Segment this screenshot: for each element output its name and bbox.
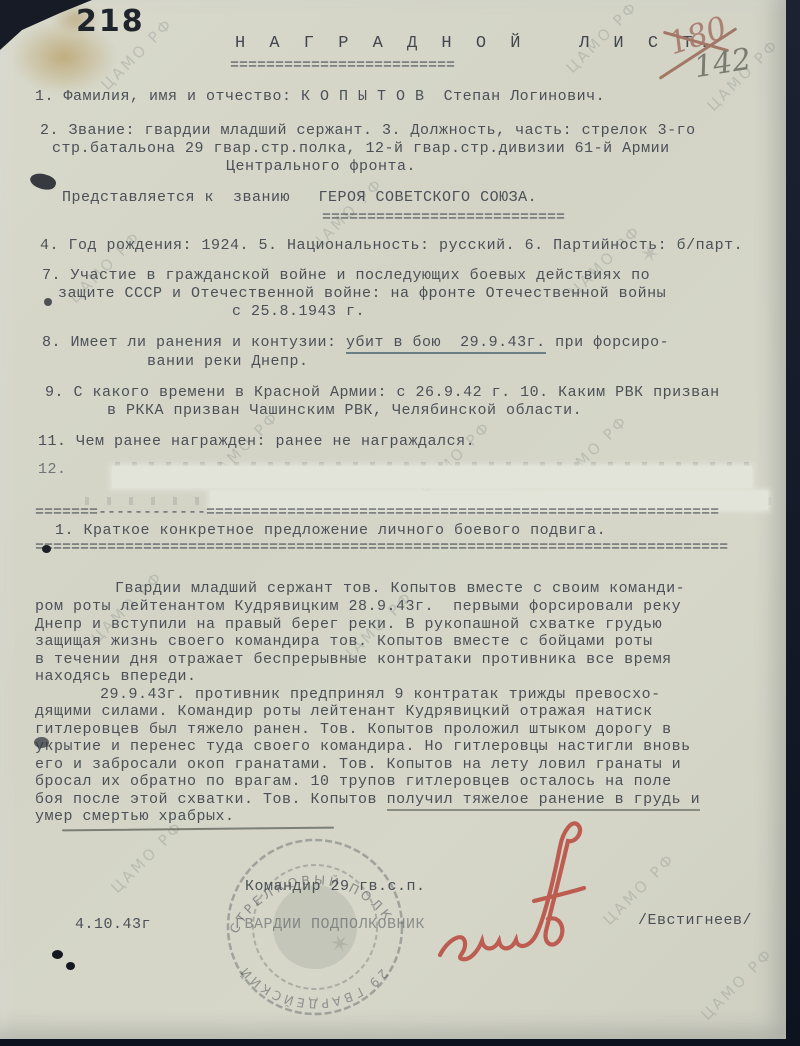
field-wounds-label: 8. Имеет ли ранения и контузии: <box>42 334 346 351</box>
field-home-address: 12. <box>38 461 67 479</box>
commander-name: /Евстигнеев/ <box>638 912 752 930</box>
field-previous-awards: 11. Чем ранее награжден: ранее не награж… <box>38 433 475 451</box>
feat-paragraph-line: гитлеровцев был тяжело ранен. Тов. Копыт… <box>35 721 672 739</box>
page-number-stamp: 218 <box>76 4 145 39</box>
field-drafted-by: в РККА призван Чашинским РВК, Челябинско… <box>107 402 582 420</box>
feat-paragraph-line: умер смертью храбрых. <box>35 808 235 826</box>
ink-speck <box>34 737 49 748</box>
feat-paragraph-line: Днепр и вступили на правый берег реки. В… <box>35 616 662 634</box>
paper-sheet: ЦАМО РФ ЦАМО РФ ЦАМО РФ ЦАМО РФ ЦАМО РФ … <box>0 0 786 1039</box>
redaction-box <box>112 466 752 488</box>
feat-paragraph-line: находясь впереди. <box>35 668 197 686</box>
field-wounds-tail: при форсиро- <box>546 334 670 351</box>
watermark: ЦАМО РФ <box>697 944 776 1023</box>
ink-speck <box>52 950 63 959</box>
feat-paragraph-line: защищая жизнь своего командира тов. Копы… <box>35 633 653 651</box>
field-rank-unit: Центрального фронта. <box>226 158 416 176</box>
feat-paragraph-line: Гвардии младший сержант тов. Копытов вме… <box>115 580 685 598</box>
killed-in-action-underlined: убит в бою 29.9.43г. <box>346 334 546 354</box>
feat-paragraph-line: боя после этой схватки. Тов. Копытов <box>35 791 387 808</box>
date-line: 4.10.43г <box>75 916 151 934</box>
field-rank-unit: стр.батальона 29 гвар.стр.полка, 12-й гв… <box>52 140 670 158</box>
feat-section-heading: 1. Краткое конкретное предложение личног… <box>55 522 606 540</box>
stamp-bottom-text: 29 ГВАРДЕЙСКИЙ <box>236 963 391 1012</box>
feat-paragraph-line: бросал их обратно по врагам. 10 трупов г… <box>35 773 672 791</box>
field-wounds: 8. Имеет ли ранения и контузии: убит в б… <box>42 334 669 352</box>
ink-speck <box>42 545 51 553</box>
feat-paragraph-line: дящими силами. Командир роты лейтенант К… <box>35 703 653 721</box>
feat-paragraph-line: его и забросали окоп гранатами. Тов. Коп… <box>35 756 681 774</box>
feat-paragraph-line: в течении дня отражает беспрерывные конт… <box>35 651 672 669</box>
field-rank-unit: 2. Звание: гвардии младший сержант. 3. Д… <box>40 122 696 140</box>
title-underline: ========================= <box>230 57 455 74</box>
feat-paragraph-line: 29.9.43г. противник предпринял 9 контрат… <box>100 686 661 704</box>
rank-line: ГВАРДИИ ПОДПОЛКОВНИК <box>235 916 425 934</box>
document-title: Н А Г Р А Д Н О Й Л И С Т. <box>235 34 717 53</box>
scan-background-edge <box>0 1039 800 1046</box>
feat-paragraph-line: ром роты лейтенантом Кудрявицким 28.9.43… <box>35 598 681 616</box>
ink-speck <box>66 962 75 970</box>
presented-underline: =========================== <box>322 209 565 227</box>
field-war-participation: 7. Участие в гражданской войне и последу… <box>42 267 650 285</box>
feat-paragraph-line: укрытие и перенес туда своего командира.… <box>35 738 691 756</box>
ink-blot <box>28 170 58 193</box>
scanned-award-sheet: ЦАМО РФ ЦАМО РФ ЦАМО РФ ЦАМО РФ ЦАМО РФ … <box>0 0 800 1046</box>
field-presented-title: Представляется к званию ГЕРОЯ СОВЕТСКОГО… <box>62 189 537 207</box>
field-war-participation: с 25.8.1943 г. <box>232 303 365 321</box>
divider-row: ========================================… <box>35 539 728 557</box>
field-name: 1. Фамилия, имя и отчество: К О П Ы Т О … <box>35 88 605 106</box>
commander-signature <box>418 803 608 973</box>
scan-background-edge <box>786 0 800 1046</box>
field-war-participation: защите СССР и Отечественной войне: на фр… <box>58 285 666 303</box>
svg-text:29 ГВАРДЕЙСКИЙ: 29 ГВАРДЕЙСКИЙ <box>236 963 391 1012</box>
divider-row: =======------------=====================… <box>35 504 719 522</box>
ink-speck <box>44 298 52 306</box>
field-service-since: 9. С какого времени в Красной Армии: с 2… <box>45 384 720 402</box>
field-wounds: вании реки Днепр. <box>147 353 309 371</box>
field-birth-nationality-party: 4. Год рождения: 1924. 5. Национальность… <box>40 237 743 255</box>
commander-title-line: Командир 29 гв.с.п. <box>245 878 426 896</box>
